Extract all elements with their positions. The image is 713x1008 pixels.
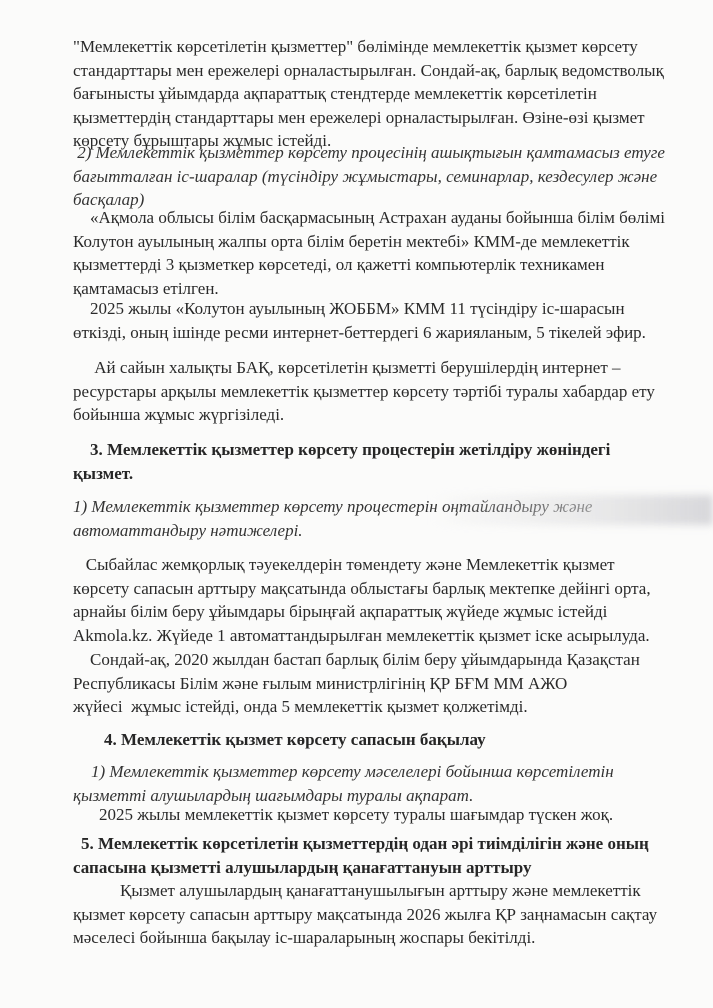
text-line: ресурстары арқылы мемлекеттік қызметтер … [73,380,673,404]
text-line: қызмет көрсету сапасын арттыру мақсатынд… [73,903,673,927]
text-line: 2025 жылы «Колутон ауылының ЖОББМ» КММ 1… [73,297,673,321]
paragraph-events: 2025 жылы «Колутон ауылының ЖОББМ» КММ 1… [73,297,673,344]
text-line: 3. Мемлекеттік қызметтер көрсету процест… [73,438,673,462]
paragraph-akmola: Сыбайлас жемқорлық тәуекелдерін төмендет… [73,553,673,647]
text-line: мәселесі бойынша бақылау іс-шараларының … [73,926,673,950]
text-line: қызметтерді 3 қызметкер көрсетеді, ол қа… [73,253,673,277]
text-line: 2) Мемлекеттік қызметтер көрсету процесі… [73,141,673,165]
paragraph-intro: "Мемлекеттік көрсетілетін қызметтер" бөл… [73,35,673,153]
text-line: қызмет. [73,462,673,486]
text-line: 5. Мемлекеттік көрсетілетін қызметтердің… [73,832,673,856]
heading-section-3: 3. Мемлекеттік қызметтер көрсету процест… [73,438,673,485]
text-line: Akmola.kz. Жүйеде 1 автоматтандырылған м… [73,624,673,648]
text-line: Сондай-ақ, 2020 жылдан бастап барлық біл… [73,648,673,672]
heading-section-5: 5. Мемлекеттік көрсетілетін қызметтердің… [73,832,673,879]
text-line: стандарттары мен ережелері орналастырылғ… [73,59,673,83]
heading-section-4: 4. Мемлекеттік қызмет көрсету сапасын ба… [104,728,704,752]
text-line: көрсету сапасын арттыру мақсатында облыс… [73,577,673,601]
paragraph-ministry: Сондай-ақ, 2020 жылдан бастап барлық біл… [73,648,673,719]
text-line: Сыбайлас жемқорлық тәуекелдерін төмендет… [73,553,673,577]
text-line: 2025 жылы мемлекеттік қызмет көрсету тур… [99,803,699,827]
subheading-4-1: 1) Мемлекеттік қызметтер көрсету мәселел… [73,760,673,807]
text-line: 1) Мемлекеттік қызметтер көрсету мәселел… [73,760,673,784]
scanned-document-page: "Мемлекеттік көрсетілетін қызметтер" бөл… [0,0,713,1008]
text-line: өткізді, оның ішінде ресми интернет-бетт… [73,321,673,345]
text-line: арнайы білім беру ұйымдары бірыңғай ақпа… [73,600,673,624]
text-line: "Мемлекеттік көрсетілетін қызметтер" бөл… [73,35,673,59]
paragraph-media: Ай сайын халықты БАҚ, көрсетілетін қызме… [73,356,673,427]
subheading-2: 2) Мемлекеттік қызметтер көрсету процесі… [73,141,673,212]
text-line: Республикасы Білім және ғылым министрліг… [73,672,673,696]
text-line: бойынша жұмыс жүргізіледі. [73,403,673,427]
text-line: Ай сайын халықты БАҚ, көрсетілетін қызме… [73,356,673,380]
text-line: «Ақмола облысы білім басқармасының Астра… [73,206,673,230]
text-line: жүйесі жұмыс істейді, онда 5 мемлекеттік… [73,695,673,719]
text-line: қызметтердің стандарттары мен ережелері … [73,106,673,130]
text-line: сапасына қызметті алушылардың қанағаттан… [73,856,673,880]
scan-smudge [430,495,713,525]
text-line: Колутон ауылының жалпы орта білім береті… [73,230,673,254]
text-line: 4. Мемлекеттік қызмет көрсету сапасын ба… [104,728,704,752]
text-line: Қызмет алушылардың қанағаттанушылығын ар… [73,879,673,903]
paragraph-staff: «Ақмола облысы білім басқармасының Астра… [73,206,673,300]
text-line: бағынысты ұйымдарда ақпараттық стендтерд… [73,82,673,106]
paragraph-plan: Қызмет алушылардың қанағаттанушылығын ар… [73,879,673,950]
text-line: бағытталған іс-шаралар (түсіндіру жұмыст… [73,165,673,189]
paragraph-complaints: 2025 жылы мемлекеттік қызмет көрсету тур… [99,803,699,827]
